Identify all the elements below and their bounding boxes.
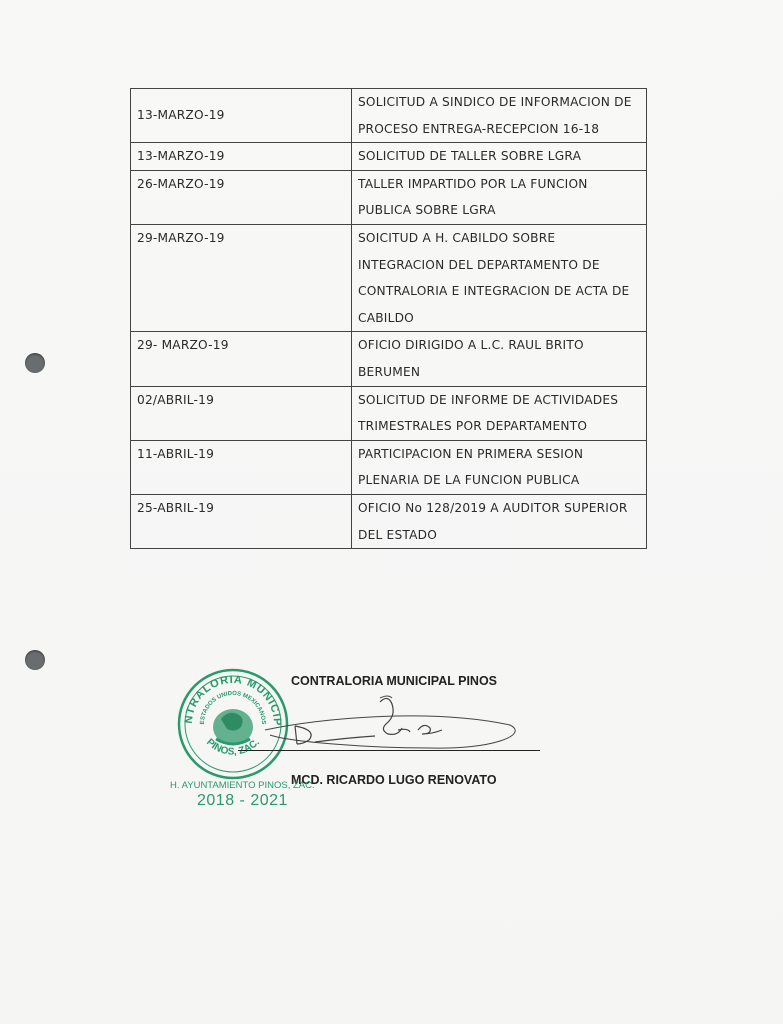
- table-row: 13-MARZO-19SOLICITUD DE TALLER SOBRE LGR…: [131, 143, 647, 171]
- table-row: 26-MARZO-19TALLER IMPARTIDO POR LA FUNCI…: [131, 170, 647, 224]
- signature-scribble: [230, 690, 530, 770]
- description-cell: TALLER IMPARTIDO POR LA FUNCION PUBLICA …: [352, 170, 647, 224]
- description-cell: SOLICITUD DE TALLER SOBRE LGRA: [352, 143, 647, 171]
- date-cell: 29- MARZO-19: [131, 332, 352, 386]
- document-page: 13-MARZO-19SOLICITUD A SINDICO DE INFORM…: [0, 0, 783, 1024]
- table-row: 29- MARZO-19OFICIO DIRIGIDO A L.C. RAUL …: [131, 332, 647, 386]
- seal-years: 2018 - 2021: [197, 792, 288, 810]
- date-cell: 02/ABRIL-19: [131, 386, 352, 440]
- table-row: 11-ABRIL-19PARTICIPACION EN PRIMERA SESI…: [131, 440, 647, 494]
- table-row: 02/ABRIL-19SOLICITUD DE INFORME DE ACTIV…: [131, 386, 647, 440]
- table-row: 29-MARZO-19SOICITUD A H. CABILDO SOBRE I…: [131, 224, 647, 331]
- table-row: 25-ABRIL-19OFICIO No 128/2019 A AUDITOR …: [131, 494, 647, 548]
- date-cell: 29-MARZO-19: [131, 224, 352, 331]
- punch-hole: [25, 650, 45, 670]
- organization-name: CONTRALORIA MUNICIPAL PINOS: [291, 674, 497, 688]
- description-cell: PARTICIPACION EN PRIMERA SESION PLENARIA…: [352, 440, 647, 494]
- signatory-name: MCD. RICARDO LUGO RENOVATO: [291, 773, 497, 787]
- table-row: 13-MARZO-19SOLICITUD A SINDICO DE INFORM…: [131, 89, 647, 143]
- date-cell: 13-MARZO-19: [131, 89, 352, 143]
- date-cell: 25-ABRIL-19: [131, 494, 352, 548]
- date-cell: 26-MARZO-19: [131, 170, 352, 224]
- description-cell: SOLICITUD A SINDICO DE INFORMACION DE PR…: [352, 89, 647, 143]
- description-cell: SOICITUD A H. CABILDO SOBRE INTEGRACION …: [352, 224, 647, 331]
- date-cell: 13-MARZO-19: [131, 143, 352, 171]
- punch-hole: [25, 353, 45, 373]
- description-cell: OFICIO No 128/2019 A AUDITOR SUPERIOR DE…: [352, 494, 647, 548]
- date-cell: 11-ABRIL-19: [131, 440, 352, 494]
- description-cell: SOLICITUD DE INFORME DE ACTIVIDADES TRIM…: [352, 386, 647, 440]
- description-cell: OFICIO DIRIGIDO A L.C. RAUL BRITO BERUME…: [352, 332, 647, 386]
- seal-caption: H. AYUNTAMIENTO PINOS, ZAC.: [170, 780, 315, 791]
- activity-table: 13-MARZO-19SOLICITUD A SINDICO DE INFORM…: [130, 88, 647, 549]
- signature-line: [238, 750, 540, 751]
